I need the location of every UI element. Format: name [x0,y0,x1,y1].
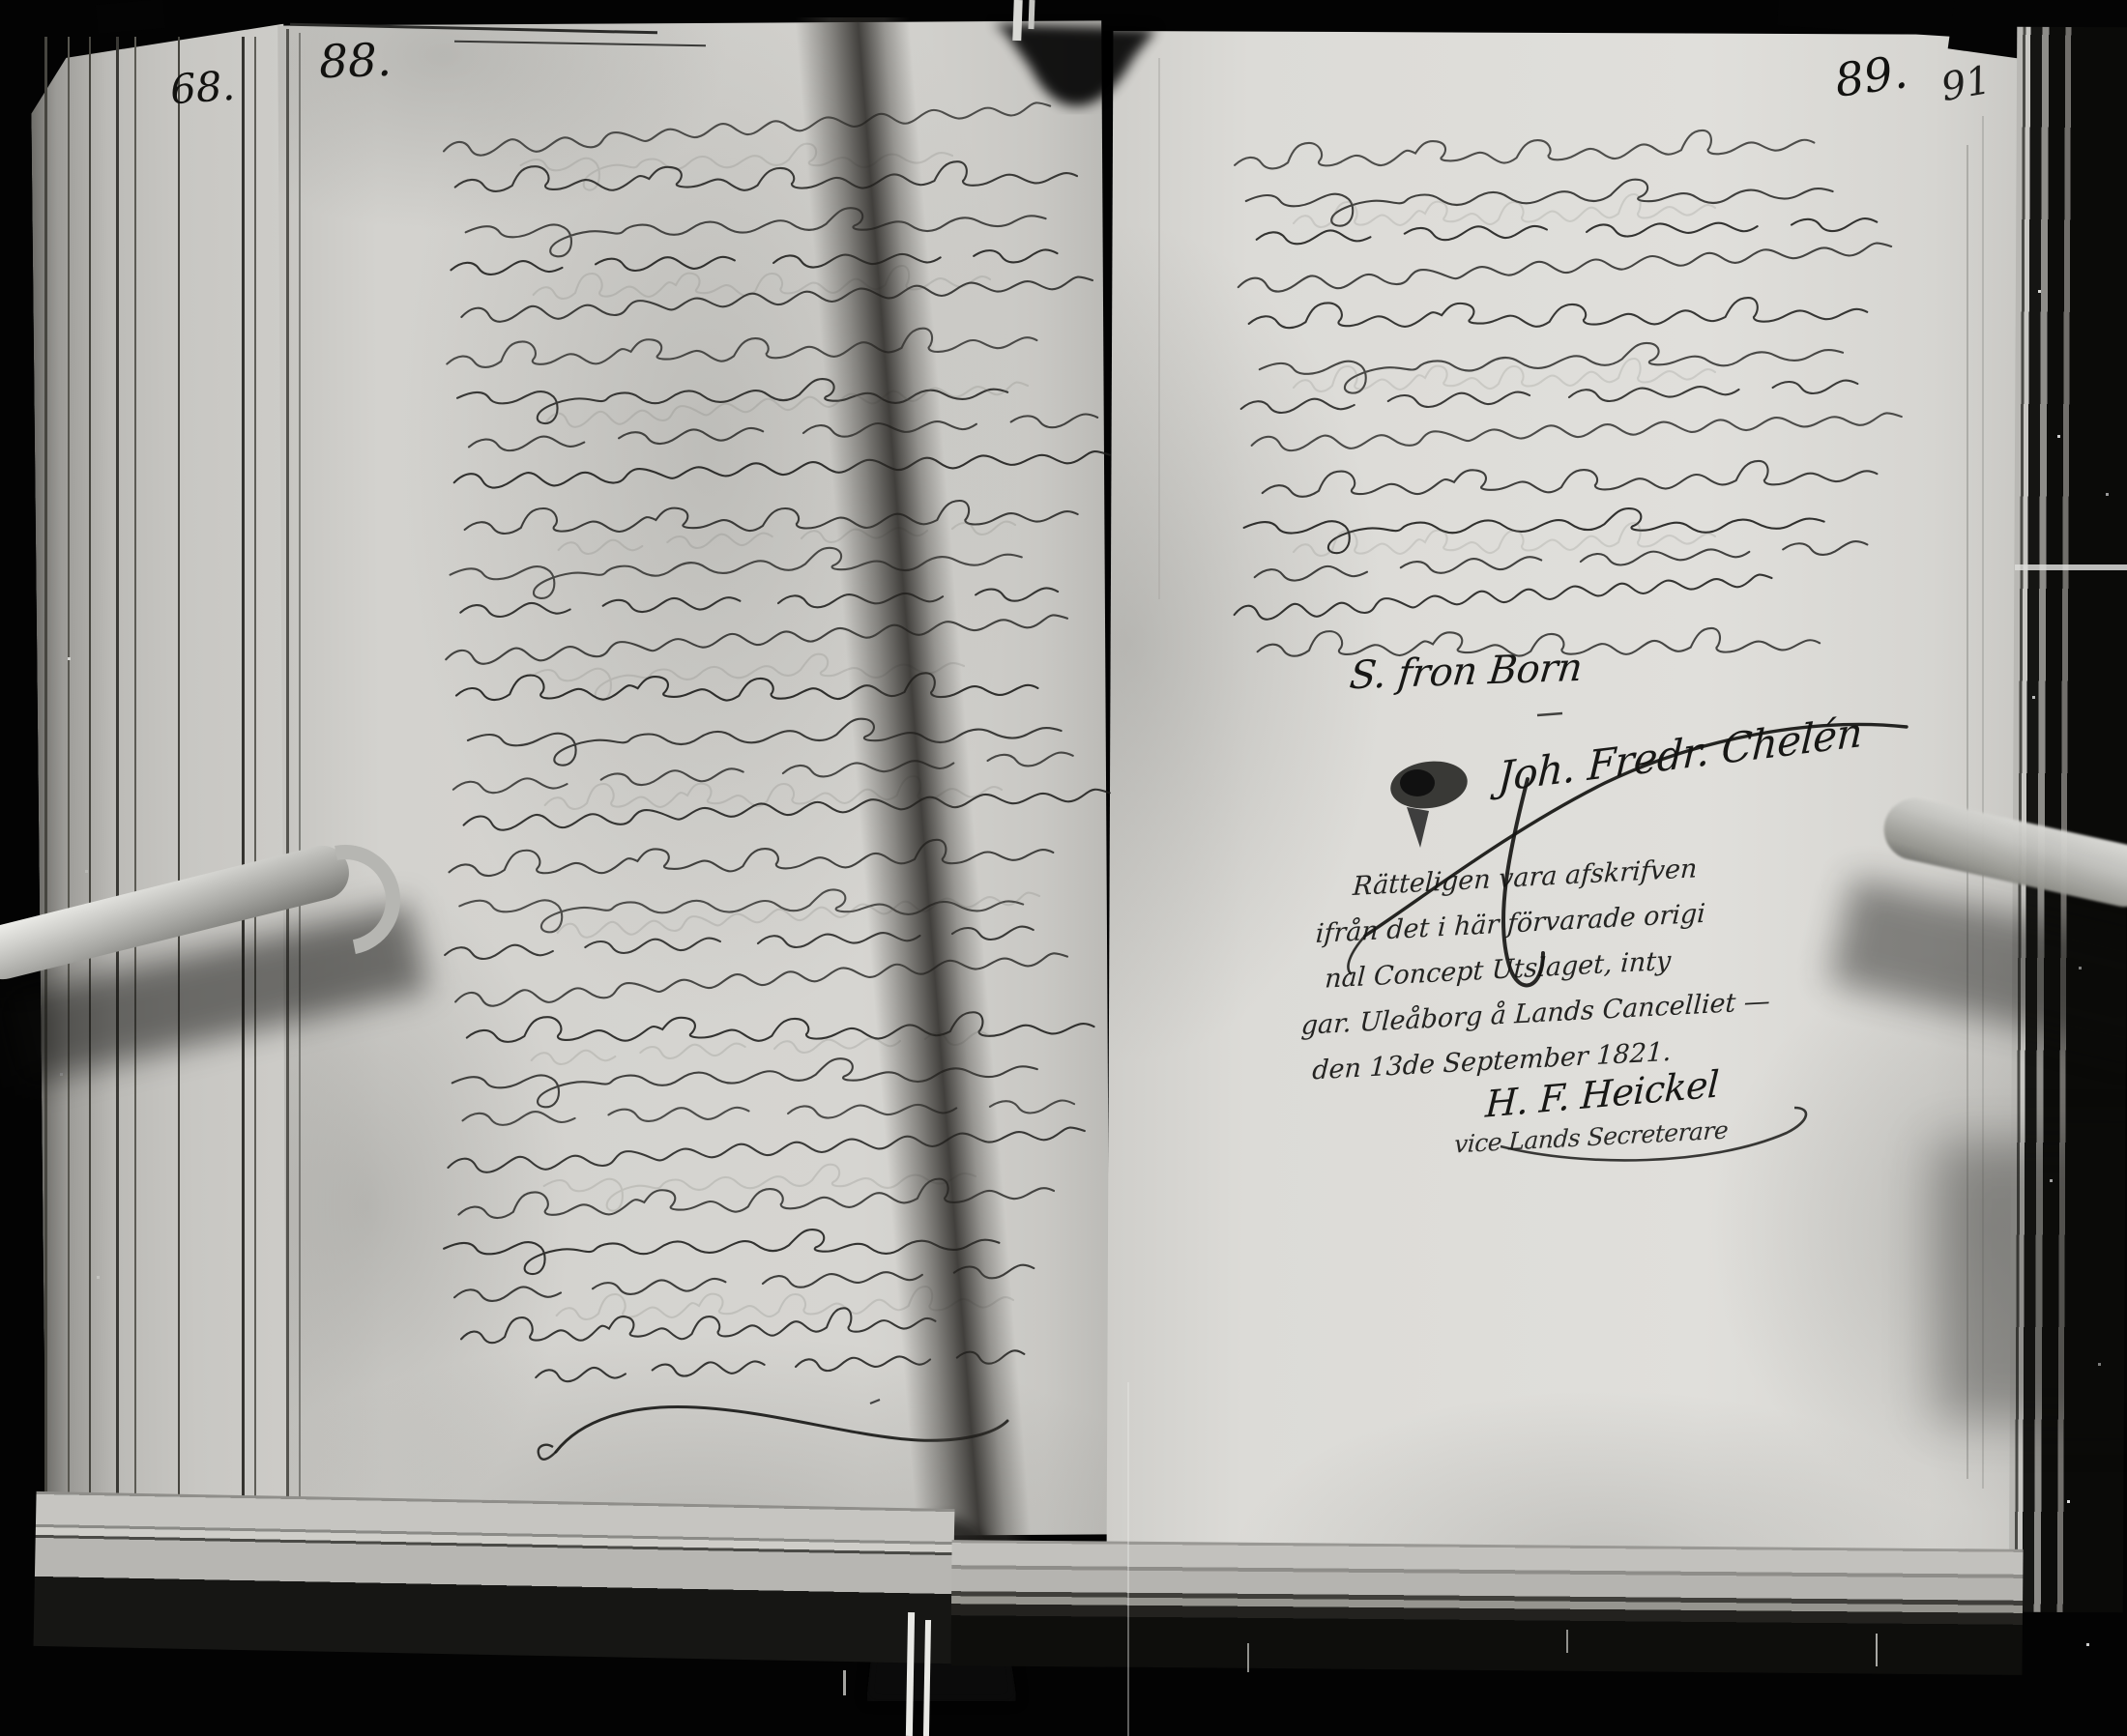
film-specks [2038,290,2041,293]
film-scratch [1028,0,1034,29]
ink-blot-core [1400,769,1435,796]
bottom-page-edges-right [950,1540,2023,1675]
signature-underline-flourish [1501,1108,1806,1160]
page-number-under-right: 91 [1938,58,1994,110]
ink-dash [870,1400,880,1403]
film-scratch [1566,1630,1568,1653]
top-corner-gap [96,0,165,34]
film-scratch [843,1670,846,1695]
film-scratch [1127,1382,1129,1736]
ink-blot-drip [1407,807,1429,848]
end-flourish-loop [539,1445,556,1460]
signature-sweep-stroke [1365,724,1907,936]
book-scan: 68. 88. 89. 91 S. fron Born Joh. Fredr. … [0,0,2127,1736]
signature-sweep-tail [1348,936,1365,974]
film-scratch [2015,564,2127,570]
film-scratch [1876,1634,1878,1666]
signature-descender [1503,779,1543,985]
film-scratch [1247,1643,1249,1672]
right-rod-far-shadow [1934,1141,2127,1421]
film-scratch [1012,0,1022,41]
signature-end-dash [1537,713,1562,715]
bottom-page-edges-left [34,1491,955,1664]
film-specks [68,657,71,660]
